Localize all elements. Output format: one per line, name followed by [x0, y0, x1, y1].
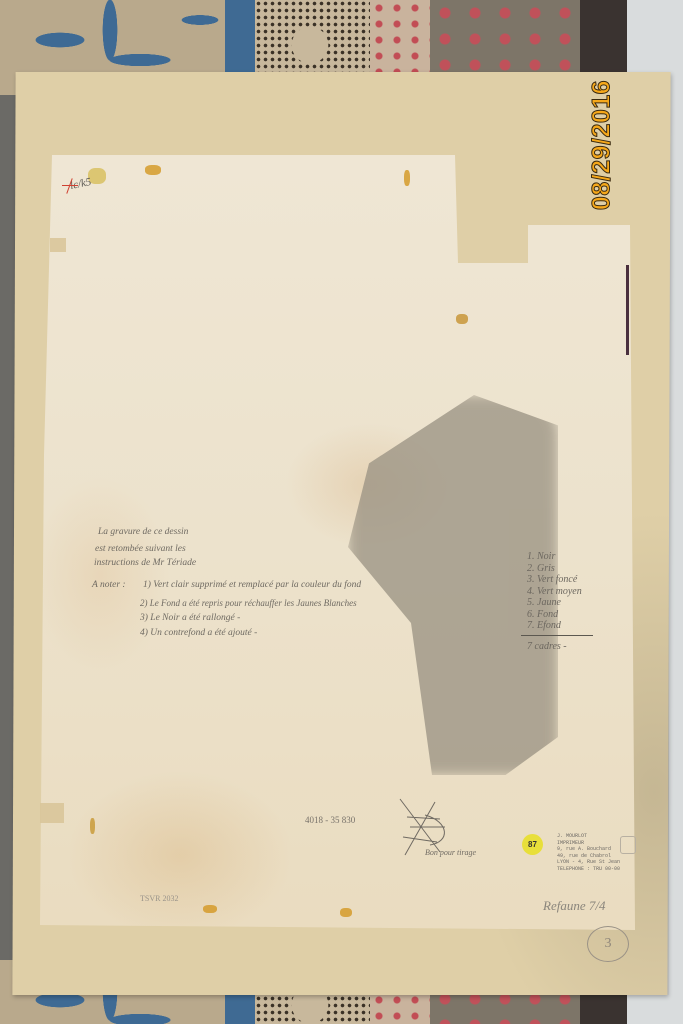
tape-hinge — [40, 803, 64, 823]
stain — [340, 908, 352, 917]
color-list-item: 7. Efond — [527, 620, 593, 632]
corner-tab-mark — [620, 836, 636, 854]
bottom-right-note: Refaune 7/4 — [543, 898, 605, 914]
color-list-item: 2. Gris — [527, 563, 593, 575]
color-list-item: 5. Jaune — [527, 597, 593, 609]
stain — [145, 165, 161, 175]
color-list: 1. Noir 2. Gris 3. Vert foncé 4. Vert mo… — [527, 551, 593, 652]
note-intro: A noter : — [92, 580, 126, 590]
note-item-1: 1) Vert clair supprimé et remplacé par l… — [143, 580, 361, 590]
note-line-2: est retombée suivant les — [95, 544, 186, 554]
note-item-2: 2) Le Fond a été repris pour réchauffer … — [140, 598, 357, 608]
stain — [404, 170, 410, 186]
color-list-footer: 7 cadres - — [527, 641, 593, 653]
date-stamp: 08/29/2016 — [587, 65, 617, 225]
note-item-4: 4) Un contrefond a été ajouté - — [140, 628, 257, 638]
reference-number: 4018 - 35 830 — [305, 815, 355, 825]
paper-edge-ink-line — [626, 265, 629, 355]
note-line-1: La gravure de ce dessin — [98, 527, 188, 537]
signature-note: Bon pour tirage — [425, 848, 476, 857]
divider — [521, 635, 593, 636]
note-line-3: instructions de Mr Tériade — [94, 558, 196, 568]
bottom-left-mark: TSVR 2032 — [140, 894, 178, 903]
stain — [456, 314, 468, 324]
inventory-sticker: 87 — [522, 834, 543, 855]
color-list-item: 4. Vert moyen — [527, 586, 593, 598]
stain — [203, 905, 217, 913]
printer-stamp: J. MOURLOT IMPRIMEUR 9, rue A. Bouchard … — [557, 833, 620, 872]
circled-number: 3 — [587, 926, 629, 962]
color-list-item: 6. Fond — [527, 609, 593, 621]
stain — [90, 818, 95, 834]
note-item-3: 3) Le Noir a été rallongé - — [140, 613, 240, 623]
color-list-item: 3. Vert foncé — [527, 574, 593, 586]
tape-hinge — [50, 238, 66, 252]
color-list-item: 1. Noir — [527, 551, 593, 563]
